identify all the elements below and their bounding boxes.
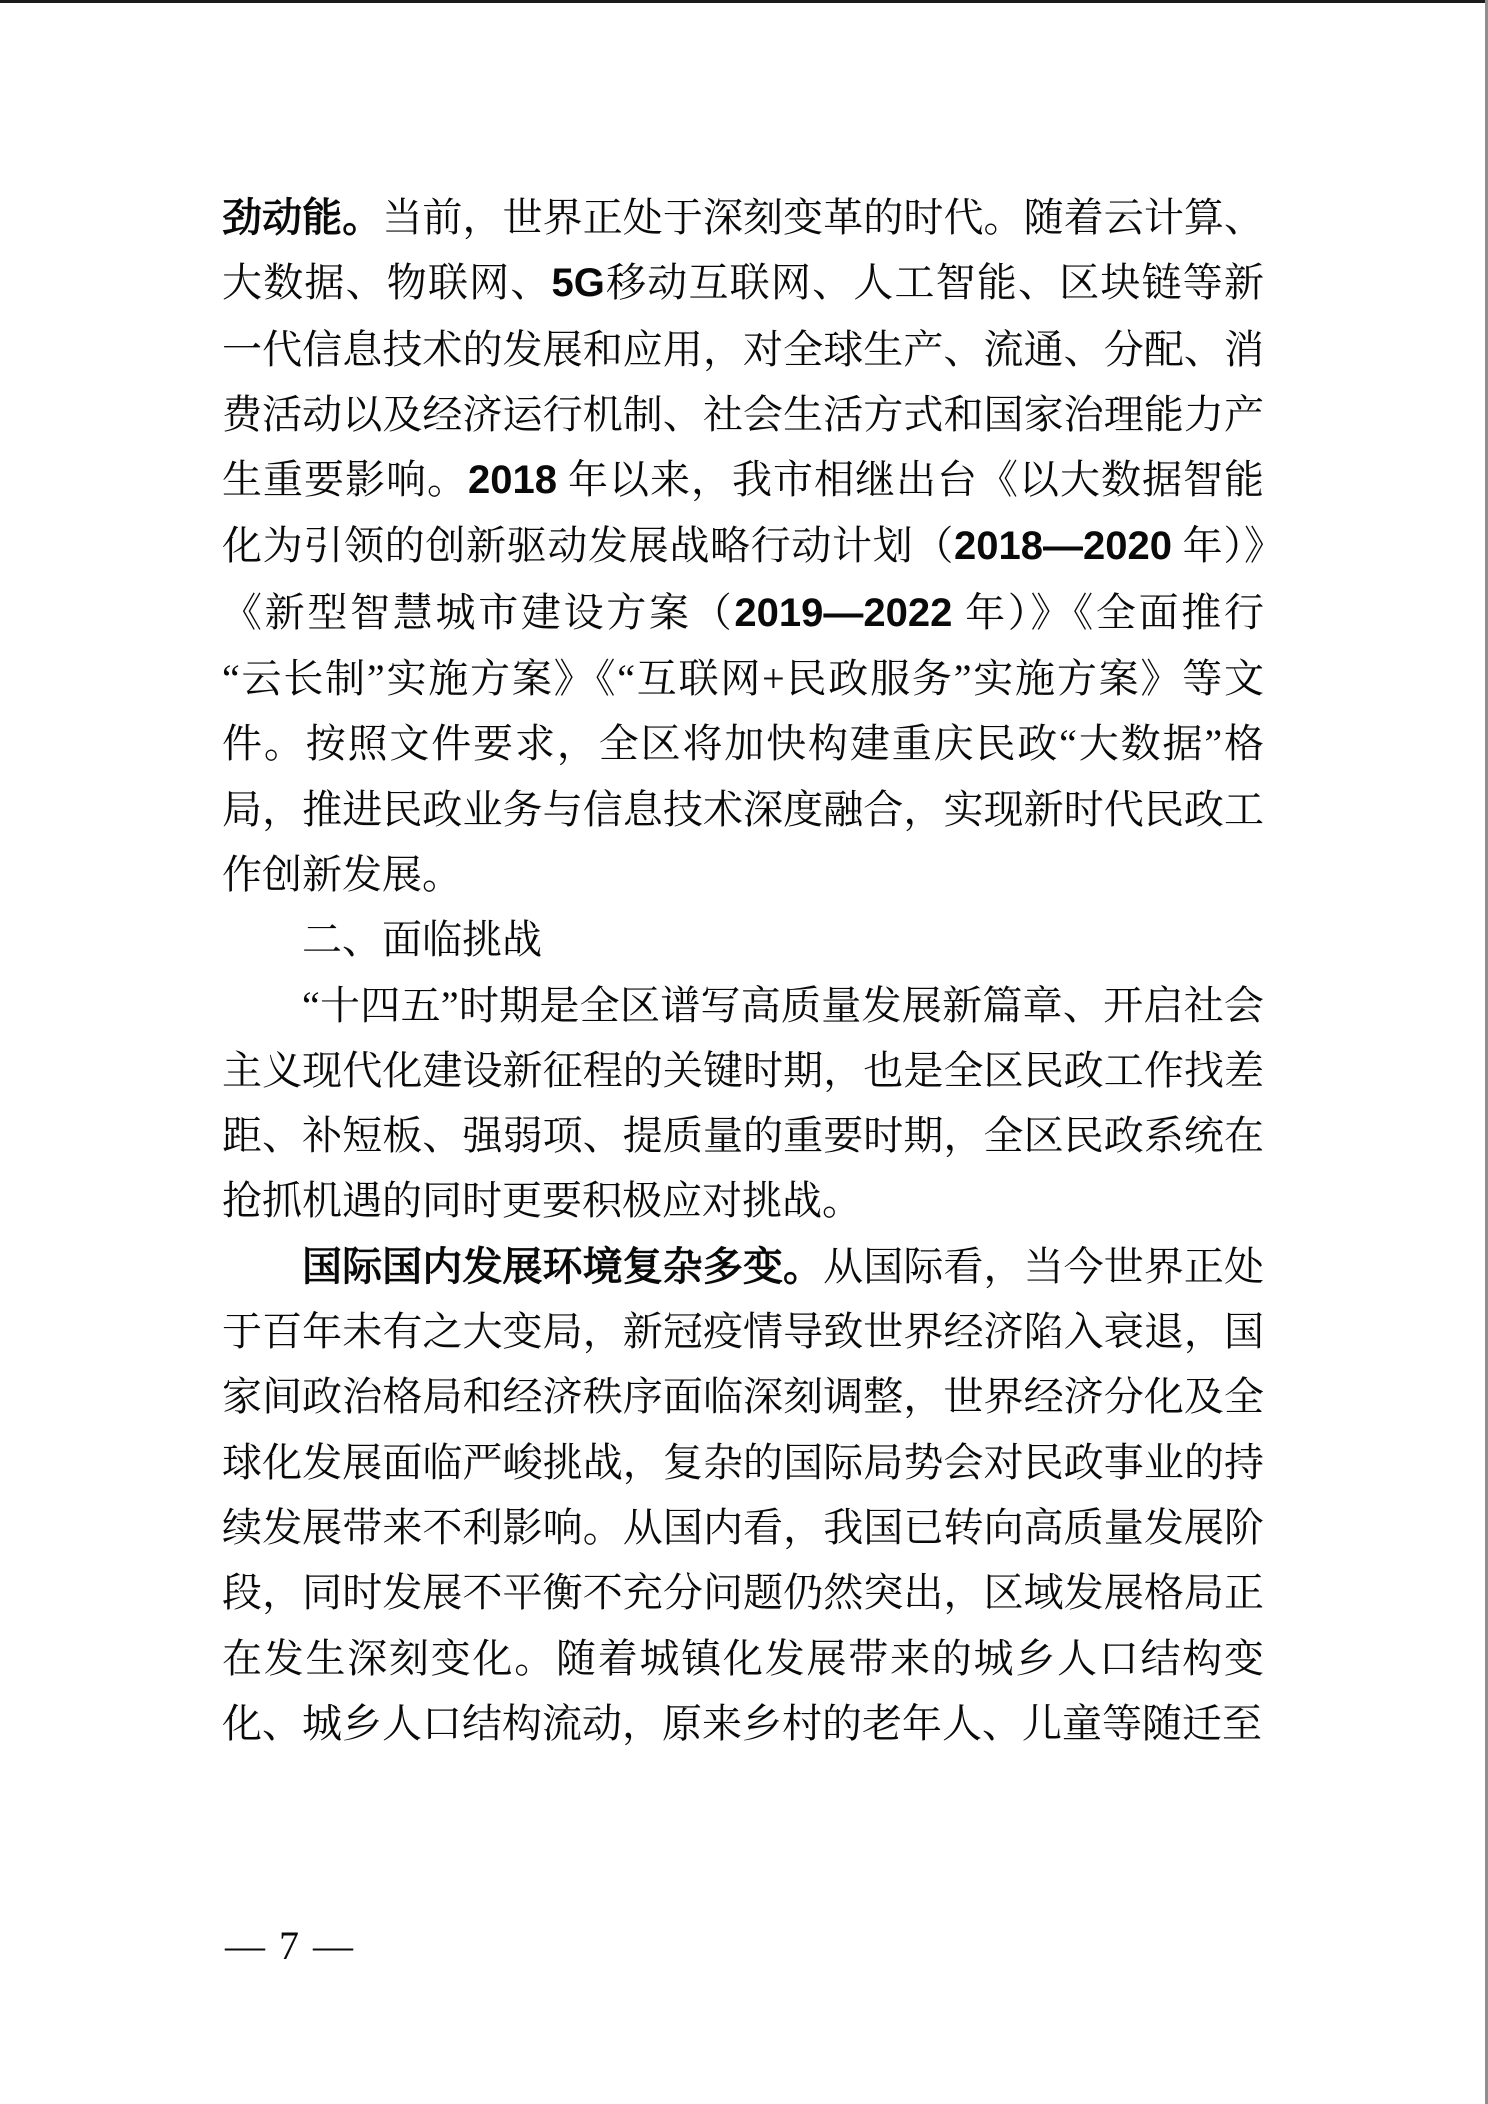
document-page: 劲动能。当前，世界正处于深刻变革的时代。随着云计算、大数据、物联网、5G移动互联… — [0, 0, 1488, 2104]
numeric-text: 5G — [552, 261, 605, 305]
page-number: — 7 — — [225, 1923, 355, 1968]
paragraph: “十四五”时期是全区谱写高质量发展新篇章、开启社会主义现代化建设新征程的关键时期… — [222, 973, 1264, 1234]
numeric-text: 2018—2020 — [954, 524, 1172, 568]
page-top-edge-line — [0, 0, 1488, 3]
paragraph: 劲动能。当前，世界正处于深刻变革的时代。随着云计算、大数据、物联网、5G移动互联… — [222, 185, 1264, 907]
emphasis-text: 劲动能。 — [222, 195, 382, 240]
document-body: 劲动能。当前，世界正处于深刻变革的时代。随着云计算、大数据、物联网、5G移动互联… — [222, 185, 1264, 1756]
paragraph: 二、面临挑战 — [222, 907, 1264, 972]
page-footer: — 7 — — [225, 1916, 355, 1976]
body-text: 年）》《全面推行“云长制”实施方案》《“互联网+民政服务”实施方案》等文件。按照… — [222, 590, 1264, 897]
emphasis-text: 国际国内发展环境复杂多变。 — [302, 1244, 823, 1289]
body-text: “十四五”时期是全区谱写高质量发展新篇章、开启社会主义现代化建设新征程的关键时期… — [222, 983, 1264, 1224]
paragraph: 国际国内发展环境复杂多变。从国际看，当今世界正处于百年未有之大变局，新冠疫情导致… — [222, 1234, 1264, 1756]
numeric-text: 2018 — [468, 458, 557, 502]
body-text: 从国际看，当今世界正处于百年未有之大变局，新冠疫情导致世界经济陷入衰退，国家间政… — [222, 1244, 1264, 1746]
body-text: 二、面临挑战 — [302, 917, 542, 962]
numeric-text: 2019—2022 — [734, 591, 952, 635]
